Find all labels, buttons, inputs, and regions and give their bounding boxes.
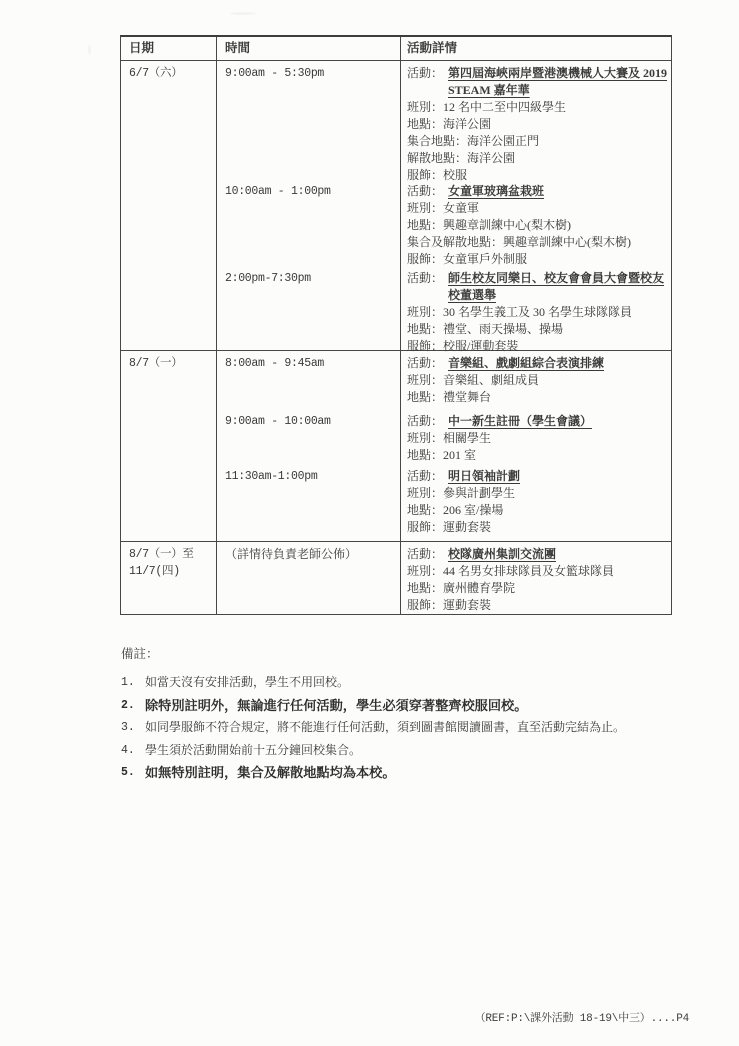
activity-label: 活動： bbox=[407, 65, 448, 99]
activity-name: 中一新生註冊（學生會議） bbox=[448, 413, 671, 430]
activity-block: 活動： 音樂組、戲劇組綜合表演排練 班別：音樂組、劇組成員 地點：禮堂舞台 bbox=[407, 355, 671, 413]
activity-detail-line: 地點：201 室 bbox=[407, 447, 671, 464]
note-number: 5. bbox=[121, 764, 145, 781]
time-slot: 9:00am - 10:00am bbox=[225, 413, 396, 468]
activity-title-line: 活動： 明日領袖計劃 bbox=[407, 468, 671, 485]
table-row: 8/7（一） 8:00am - 9:45am 9:00am - 10:00am … bbox=[121, 351, 671, 542]
activity-detail-line: 班別：女童軍 bbox=[407, 200, 671, 217]
activity-detail-line: 班別：參與計劃學生 bbox=[407, 485, 671, 502]
note-text: 學生須於活動開始前十五分鐘回校集合。 bbox=[145, 742, 721, 759]
table-row: 8/7（一）至 11/7(四) （詳情待負責老師公佈） 活動： 校隊廣州集訓交流… bbox=[121, 542, 671, 614]
activity-label: 活動： bbox=[407, 270, 448, 304]
activity-name: 第四屆海峽兩岸暨港澳機械人大賽及 2019 STEAM 嘉年華 bbox=[448, 65, 671, 99]
activity-detail-line: 班別：相關學生 bbox=[407, 430, 671, 447]
activity-title-line: 活動： 中一新生註冊（學生會議） bbox=[407, 413, 671, 430]
activity-name: 師生校友同樂日、校友會會員大會暨校友校董選舉 bbox=[448, 270, 671, 304]
time-slot: 10:00am - 1:00pm bbox=[225, 183, 396, 270]
activity-title-line: 活動： 師生校友同樂日、校友會會員大會暨校友校董選舉 bbox=[407, 270, 671, 304]
activity-detail-line: 班別：音樂組、劇組成員 bbox=[407, 372, 671, 389]
activity-detail-line: 地點：興趣章訓練中心(梨木樹) bbox=[407, 217, 671, 234]
activity-name: 明日領袖計劃 bbox=[448, 468, 671, 485]
activity-name: 女童軍玻璃盆栽班 bbox=[448, 183, 671, 200]
date-line: 8/7（一）至 bbox=[129, 546, 212, 563]
note-item: 1. 如當天沒有安排活動，學生不用回校。 bbox=[121, 674, 721, 691]
details-cell: 活動： 第四屆海峽兩岸暨港澳機械人大賽及 2019 STEAM 嘉年華 班別：1… bbox=[401, 61, 671, 350]
activity-name: 校隊廣州集訓交流團 bbox=[448, 546, 671, 563]
activity-detail-line: 地點：禮堂舞台 bbox=[407, 389, 671, 406]
activity-label: 活動： bbox=[407, 355, 448, 372]
note-item: 5. 如無特別註明，集合及解散地點均為本校。 bbox=[121, 764, 721, 781]
date-cell: 6/7（六） bbox=[121, 61, 217, 350]
activity-label: 活動： bbox=[407, 468, 448, 485]
activity-detail-line: 地點：206 室/操場 bbox=[407, 502, 671, 519]
notes-title: 備註： bbox=[121, 646, 159, 663]
note-number: 4. bbox=[121, 742, 145, 759]
activity-title-line: 活動： 女童軍玻璃盆栽班 bbox=[407, 183, 671, 200]
details-cell: 活動： 音樂組、戲劇組綜合表演排練 班別：音樂組、劇組成員 地點：禮堂舞台 活動… bbox=[401, 351, 671, 541]
time-slot: 2:00pm-7:30pm bbox=[225, 270, 396, 287]
time-cell: （詳情待負責老師公佈） bbox=[217, 542, 401, 614]
activity-block: 活動： 中一新生註冊（學生會議） 班別：相關學生 地點：201 室 bbox=[407, 413, 671, 468]
time-slot: 9:00am - 5:30pm bbox=[225, 65, 396, 183]
schedule-table: 日期 時間 活動詳情 6/7（六） 9:00am - 5:30pm 10:00a… bbox=[120, 35, 672, 615]
note-text: 如當天沒有安排活動，學生不用回校。 bbox=[145, 674, 721, 691]
scan-artifact bbox=[88, 45, 91, 55]
activity-block: 活動： 第四屆海峽兩岸暨港澳機械人大賽及 2019 STEAM 嘉年華 班別：1… bbox=[407, 65, 671, 183]
activity-detail-line: 服飾：女童軍戶外制服 bbox=[407, 251, 671, 268]
activity-block: 活動： 明日領袖計劃 班別：參與計劃學生 地點：206 室/操場 服飾：運動套裝 bbox=[407, 468, 671, 536]
activity-detail-line: 班別：30 名學生義工及 30 名學生球隊隊員 bbox=[407, 304, 671, 321]
time-slot: 8:00am - 9:45am bbox=[225, 355, 396, 413]
activity-detail-line: 解散地點：海洋公園 bbox=[407, 150, 671, 167]
notes-list: 1. 如當天沒有安排活動，學生不用回校。 2. 除特別註明外，無論進行任何活動，… bbox=[121, 674, 721, 787]
date-cell: 8/7（一）至 11/7(四) bbox=[121, 542, 217, 614]
activity-detail-line: 服飾：運動套裝 bbox=[407, 519, 671, 536]
activity-block: 活動： 女童軍玻璃盆栽班 班別：女童軍 地點：興趣章訓練中心(梨木樹) 集合及解… bbox=[407, 183, 671, 270]
note-text: 如同學服飾不符合規定，將不能進行任何活動，須到圖書館閱讀圖書，直至活動完結為止。 bbox=[145, 719, 721, 736]
header-cell-details: 活動詳情 bbox=[401, 37, 671, 60]
note-text: 如無特別註明，集合及解散地點均為本校。 bbox=[145, 764, 721, 781]
date-cell: 8/7（一） bbox=[121, 351, 217, 541]
time-slot: 11:30am-1:00pm bbox=[225, 468, 396, 485]
header-cell-date: 日期 bbox=[121, 37, 217, 60]
table-header-row: 日期 時間 活動詳情 bbox=[121, 37, 671, 61]
note-number: 2. bbox=[121, 697, 145, 714]
activity-detail-line: 地點：禮堂、雨天操場、操場 bbox=[407, 321, 671, 338]
activity-detail-line: 地點：廣州體育學院 bbox=[407, 580, 671, 597]
details-cell: 活動： 校隊廣州集訓交流團 班別：44 名男女排球隊員及女籃球隊員 地點：廣州體… bbox=[401, 542, 671, 614]
note-number: 1. bbox=[121, 674, 145, 691]
scanned-document-page: 日期 時間 活動詳情 6/7（六） 9:00am - 5:30pm 10:00a… bbox=[0, 0, 739, 1046]
activity-detail-line: 班別：44 名男女排球隊員及女籃球隊員 bbox=[407, 563, 671, 580]
activity-title-line: 活動： 第四屆海峽兩岸暨港澳機械人大賽及 2019 STEAM 嘉年華 bbox=[407, 65, 671, 99]
activity-label: 活動： bbox=[407, 413, 448, 430]
note-number: 3. bbox=[121, 719, 145, 736]
header-cell-time: 時間 bbox=[217, 37, 401, 60]
activity-detail-line: 地點：海洋公園 bbox=[407, 116, 671, 133]
note-item: 2. 除特別註明外，無論進行任何活動，學生必須穿著整齊校服回校。 bbox=[121, 697, 721, 714]
activity-block: 活動： 師生校友同樂日、校友會會員大會暨校友校董選舉 班別：30 名學生義工及 … bbox=[407, 270, 671, 355]
activity-detail-line: 班別：12 名中二至中四級學生 bbox=[407, 99, 671, 116]
activity-title-line: 活動： 音樂組、戲劇組綜合表演排練 bbox=[407, 355, 671, 372]
note-text: 除特別註明外，無論進行任何活動，學生必須穿著整齊校服回校。 bbox=[145, 697, 721, 714]
activity-detail-line: 服飾：運動套裝 bbox=[407, 597, 671, 614]
activity-block: 活動： 校隊廣州集訓交流團 班別：44 名男女排球隊員及女籃球隊員 地點：廣州體… bbox=[407, 546, 671, 614]
time-cell: 8:00am - 9:45am 9:00am - 10:00am 11:30am… bbox=[217, 351, 401, 541]
activity-label: 活動： bbox=[407, 183, 448, 200]
footer-reference: （REF:P:\課外活動 18-19\中三）....P4 bbox=[475, 1011, 689, 1028]
time-cell: 9:00am - 5:30pm 10:00am - 1:00pm 2:00pm-… bbox=[217, 61, 401, 350]
activity-detail-line: 服飾：校服 bbox=[407, 167, 671, 184]
activity-detail-line: 集合地點：海洋公園正門 bbox=[407, 133, 671, 150]
note-item: 4. 學生須於活動開始前十五分鐘回校集合。 bbox=[121, 742, 721, 759]
scan-artifact bbox=[230, 12, 256, 15]
table-row: 6/7（六） 9:00am - 5:30pm 10:00am - 1:00pm … bbox=[121, 61, 671, 351]
date-line: 11/7(四) bbox=[129, 563, 212, 580]
activity-detail-line: 集合及解散地點：興趣章訓練中心(梨木樹) bbox=[407, 234, 671, 251]
note-item: 3. 如同學服飾不符合規定，將不能進行任何活動，須到圖書館閱讀圖書，直至活動完結… bbox=[121, 719, 721, 736]
activity-title-line: 活動： 校隊廣州集訓交流團 bbox=[407, 546, 671, 563]
activity-name: 音樂組、戲劇組綜合表演排練 bbox=[448, 355, 671, 372]
time-slot: （詳情待負責老師公佈） bbox=[225, 546, 396, 563]
activity-label: 活動： bbox=[407, 546, 448, 563]
